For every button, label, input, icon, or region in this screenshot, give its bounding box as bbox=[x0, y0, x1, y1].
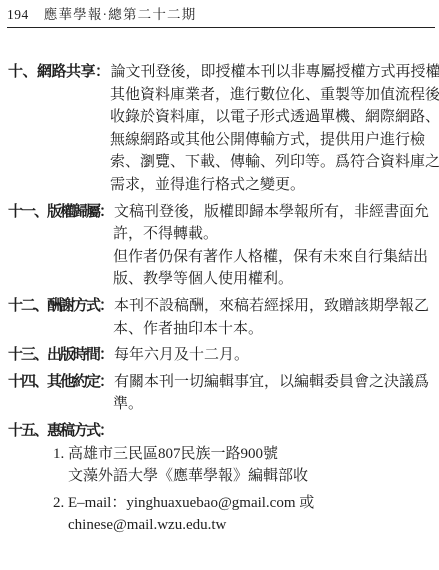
guideline-line: 但作者仍保有著作人格權，保有未來自行集結出 bbox=[8, 246, 437, 269]
sub-item-number: 1. bbox=[53, 443, 68, 466]
guideline-item-10-network-sharing: 十、網路共享：論文刊登後，即授權本刊以非專屬授權方式再授權 其他資料庫業者，進行… bbox=[8, 61, 437, 197]
submission-address-line: 1.高雄市三民區807民族一路900號 bbox=[8, 443, 437, 466]
guideline-line: 版、教學等個人使用權利。 bbox=[8, 268, 437, 291]
submission-email-line: 2.E–mail：yinghuaxuebao@gmail.com 或 bbox=[8, 492, 437, 515]
guideline-line: 需求，並得進行格式之變更。 bbox=[8, 174, 437, 197]
page-number: 194 bbox=[7, 6, 29, 23]
guideline-item-15-submission-method: 十五、惠稿方式： 1.高雄市三民區807民族一路900號 文藻外語大學《應華學報… bbox=[8, 420, 437, 537]
submission-email: E–mail：yinghuaxuebao@gmail.com 或 bbox=[68, 495, 314, 511]
guideline-text: 文稿刊登後，版權即歸本學報所有，非經書面允 bbox=[114, 204, 429, 220]
page-header: 194應華學報·總第二十二期 bbox=[7, 6, 435, 28]
submission-email-alt: chinese@mail.wzu.edu.tw bbox=[8, 514, 437, 537]
guideline-line: 十五、惠稿方式： bbox=[8, 420, 437, 443]
guideline-line: 十四、其他約定：有關本刊一切編輯事宜，以編輯委員會之決議爲 bbox=[8, 371, 437, 394]
guideline-item-12-remuneration: 十二、酬謝方式：本刊不設稿酬，來稿若經採用，致贈該期學報乙 本、作者抽印本十本。 bbox=[8, 295, 437, 340]
sub-item-number: 2. bbox=[53, 492, 68, 515]
guideline-line: 索、瀏覽、下載、傳輸、列印等。爲符合資料庫之 bbox=[8, 151, 437, 174]
guideline-line: 準。 bbox=[8, 393, 437, 416]
guideline-label: 十一、版權歸屬： bbox=[8, 204, 112, 220]
guideline-text: 本刊不設稿酬，來稿若經採用，致贈該期學報乙 bbox=[114, 298, 429, 314]
guideline-line: 許，不得轉載。 bbox=[8, 223, 437, 246]
guideline-item-11-copyright: 十一、版權歸屬：文稿刊登後，版權即歸本學報所有，非經書面允 許，不得轉載。 但作… bbox=[8, 201, 437, 291]
guideline-text: 每年六月及十二月。 bbox=[114, 347, 249, 363]
guideline-label: 十二、酬謝方式： bbox=[8, 298, 112, 314]
submission-address-line: 文藻外語大學《應華學報》編輯部收 bbox=[8, 465, 437, 488]
guideline-label: 十五、惠稿方式： bbox=[8, 423, 112, 439]
guideline-item-14-other-terms: 十四、其他約定：有關本刊一切編輯事宜，以編輯委員會之決議爲 準。 bbox=[8, 371, 437, 416]
guideline-label: 十四、其他約定： bbox=[8, 374, 112, 390]
guideline-line: 無線網路或其他公開傳輸方式，提供用户進行檢 bbox=[8, 129, 437, 152]
guideline-line: 十二、酬謝方式：本刊不設稿酬，來稿若經採用，致贈該期學報乙 bbox=[8, 295, 437, 318]
submission-guidelines: 十、網路共享：論文刊登後，即授權本刊以非專屬授權方式再授權 其他資料庫業者，進行… bbox=[8, 61, 437, 537]
journal-title: 應華學報·總第二十二期 bbox=[44, 7, 197, 22]
guideline-text: 有關本刊一切編輯事宜，以編輯委員會之決議爲 bbox=[114, 374, 429, 390]
journal-page: 194應華學報·總第二十二期 十、網路共享：論文刊登後，即授權本刊以非專屬授權方… bbox=[0, 0, 439, 570]
guideline-line: 十三、出版時間：每年六月及十二月。 bbox=[8, 344, 437, 367]
submission-address: 高雄市三民區807民族一路900號 bbox=[68, 446, 278, 462]
guideline-line: 本、作者抽印本十本。 bbox=[8, 318, 437, 341]
guideline-line: 收錄於資料庫，以電子形式透過單機、網際網路、 bbox=[8, 106, 437, 129]
guideline-text: 論文刊登後，即授權本刊以非專屬授權方式再授權 bbox=[111, 64, 439, 80]
guideline-line: 十、網路共享：論文刊登後，即授權本刊以非專屬授權方式再授權 bbox=[8, 61, 437, 84]
guideline-label: 十、網路共享： bbox=[8, 64, 110, 80]
guideline-label: 十三、出版時間： bbox=[8, 347, 112, 363]
guideline-line: 其他資料庫業者，進行數位化、重製等加值流程後 bbox=[8, 84, 437, 107]
guideline-line: 十一、版權歸屬：文稿刊登後，版權即歸本學報所有，非經書面允 bbox=[8, 201, 437, 224]
guideline-item-13-publication-time: 十三、出版時間：每年六月及十二月。 bbox=[8, 344, 437, 367]
